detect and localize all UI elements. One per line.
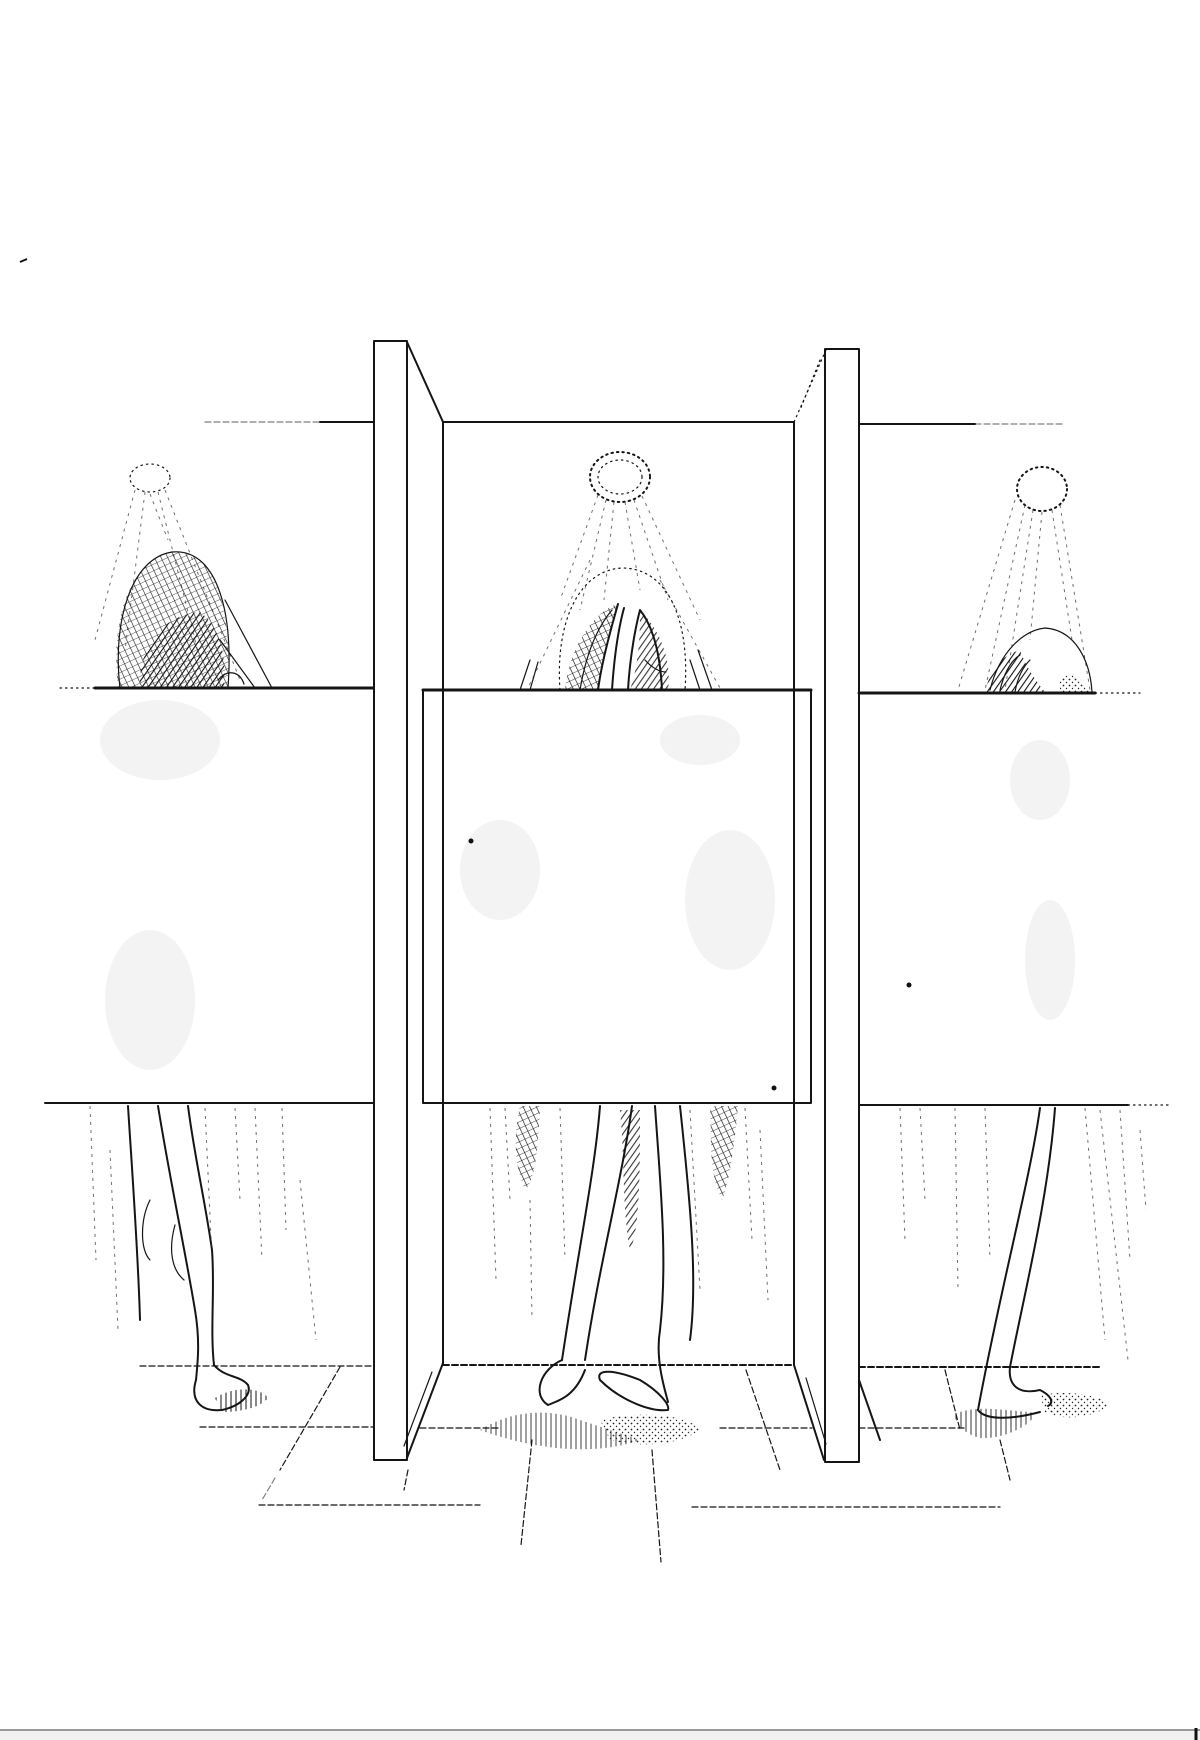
center-door-smudge [460,820,540,920]
ink-speck [469,839,474,844]
scan-bottom-strip [0,1730,1200,1740]
shower-stalls-illustration [0,0,1200,1740]
ink-speck-3 [907,983,912,988]
right-door-smudge-2 [1025,900,1075,1020]
right-door-smudge [1010,740,1070,820]
paper-background [0,0,1200,1740]
center-door-smudge-3 [660,715,740,765]
left-door-smudge [100,700,220,780]
center-door-smudge-2 [685,830,775,970]
ink-speck-2 [772,1086,777,1091]
left-door-smudge-2 [105,930,195,1070]
